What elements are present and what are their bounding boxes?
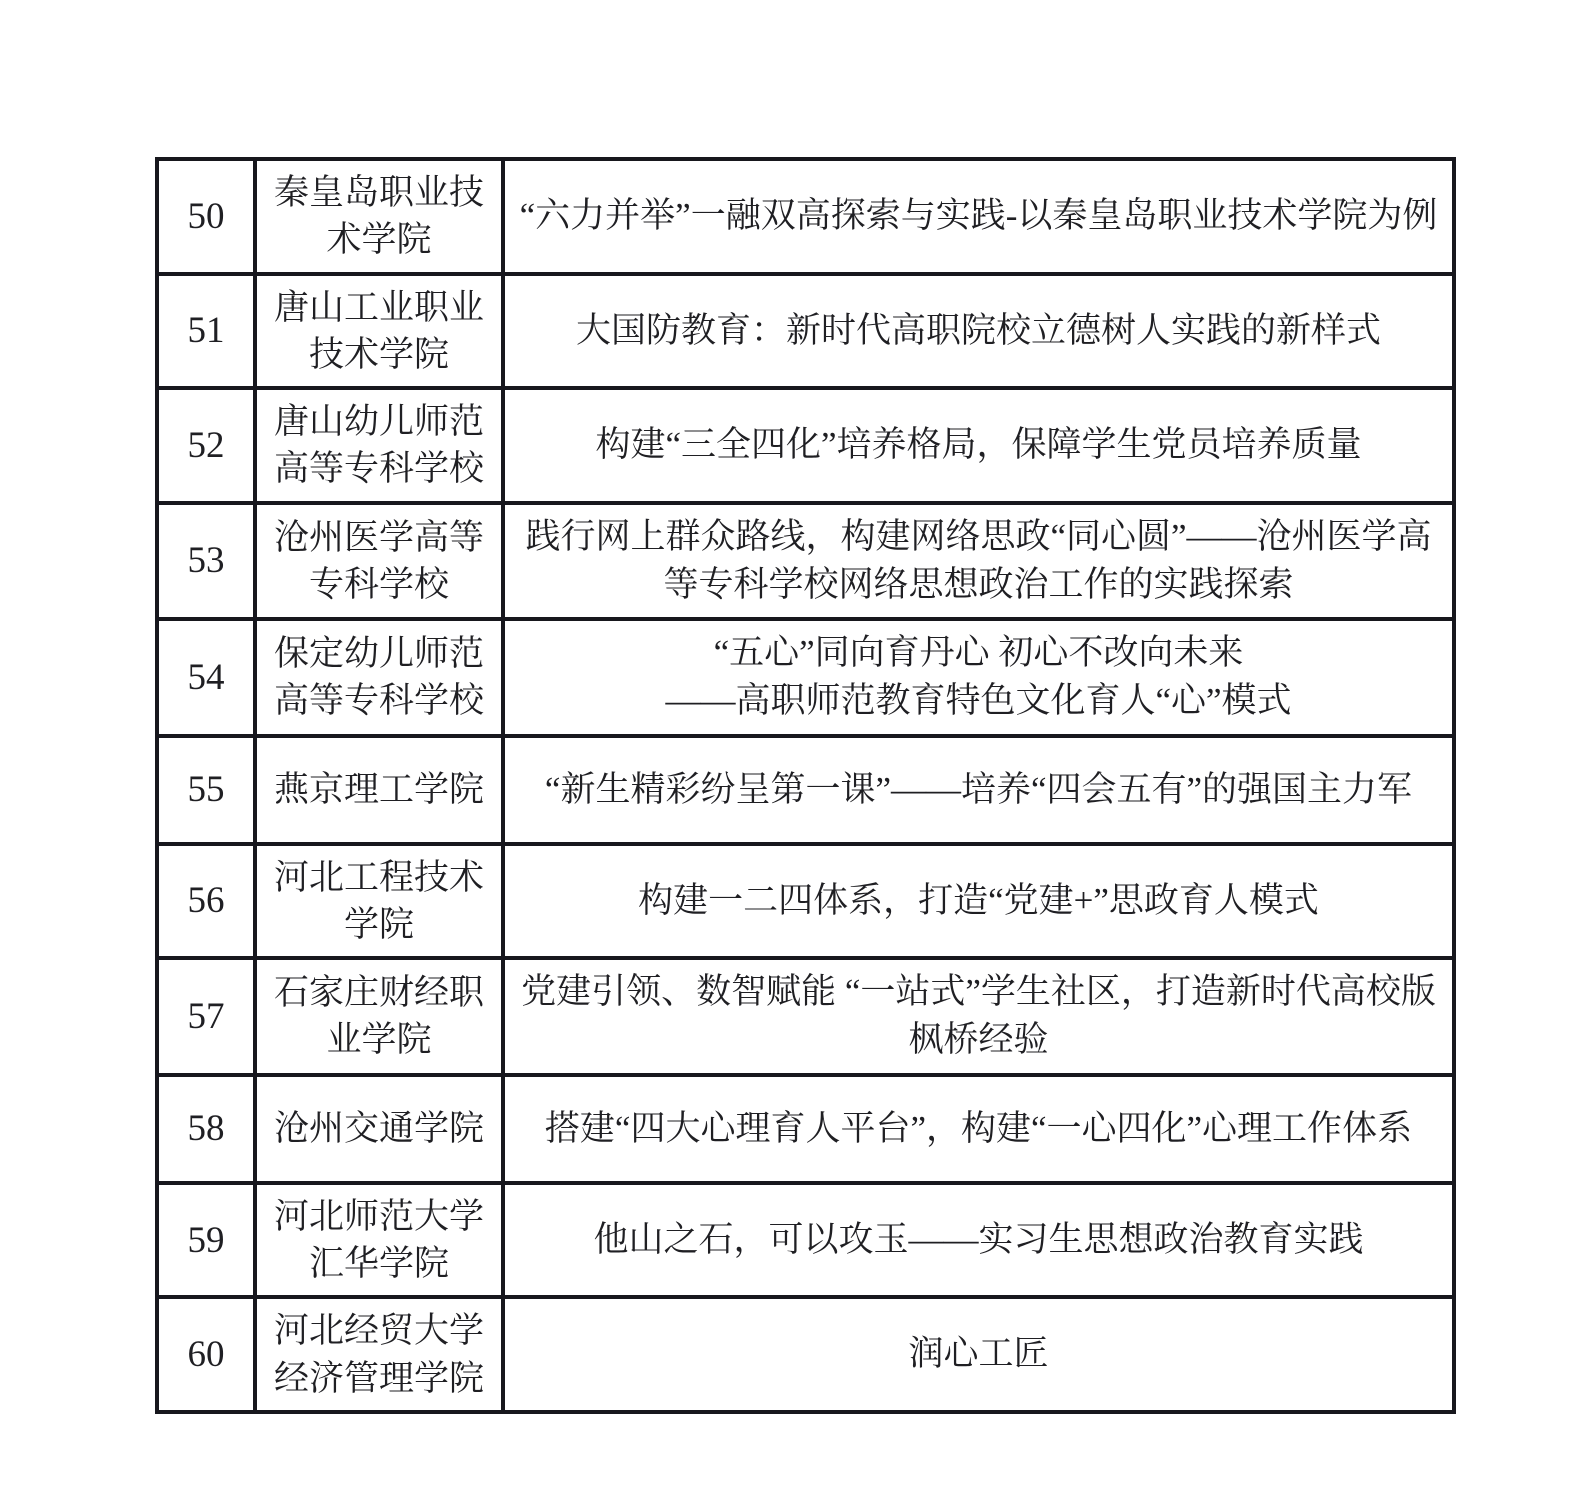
school-name: 保定幼儿师范高等专科学校	[255, 619, 503, 736]
table-row: 55 燕京理工学院 “新生精彩纷呈第一课”——培养“四会五有”的强国主力军	[157, 736, 1454, 844]
table-row: 56 河北工程技术学院 构建一二四体系，打造“党建+”思政育人模式	[157, 844, 1454, 959]
row-number: 58	[157, 1075, 255, 1183]
school-name: 河北经贸大学经济管理学院	[255, 1297, 503, 1412]
row-number: 57	[157, 958, 255, 1075]
project-title: 党建引领、数智赋能 “一站式”学生社区，打造新时代高校版枫桥经验	[503, 958, 1454, 1075]
results-table: 50 秦皇岛职业技术学院 “六力并举”一融双高探索与实践-以秦皇岛职业技术学院为…	[155, 157, 1456, 1414]
school-name: 河北师范大学汇华学院	[255, 1183, 503, 1298]
project-title: 构建“三全四化”培养格局，保障学生党员培养质量	[503, 388, 1454, 503]
project-title: “五心”同向育丹心 初心不改向未来 ——高职师范教育特色文化育人“心”模式	[503, 619, 1454, 736]
project-title: 搭建“四大心理育人平台”，构建“一心四化”心理工作体系	[503, 1075, 1454, 1183]
table-body: 50 秦皇岛职业技术学院 “六力并举”一融双高探索与实践-以秦皇岛职业技术学院为…	[157, 159, 1454, 1412]
school-name: 唐山工业职业技术学院	[255, 274, 503, 389]
school-name: 石家庄财经职业学院	[255, 958, 503, 1075]
row-number: 54	[157, 619, 255, 736]
row-number: 52	[157, 388, 255, 503]
school-name: 秦皇岛职业技术学院	[255, 159, 503, 274]
table-row: 51 唐山工业职业技术学院 大国防教育：新时代高职院校立德树人实践的新样式	[157, 274, 1454, 389]
table-row: 58 沧州交通学院 搭建“四大心理育人平台”，构建“一心四化”心理工作体系	[157, 1075, 1454, 1183]
row-number: 50	[157, 159, 255, 274]
table-row: 54 保定幼儿师范高等专科学校 “五心”同向育丹心 初心不改向未来 ——高职师范…	[157, 619, 1454, 736]
row-number: 60	[157, 1297, 255, 1412]
project-title: 润心工匠	[503, 1297, 1454, 1412]
row-number: 51	[157, 274, 255, 389]
table-row: 52 唐山幼儿师范高等专科学校 构建“三全四化”培养格局，保障学生党员培养质量	[157, 388, 1454, 503]
project-title: 践行网上群众路线，构建网络思政“同心圆”——沧州医学高等专科学校网络思想政治工作…	[503, 503, 1454, 620]
project-title: “新生精彩纷呈第一课”——培养“四会五有”的强国主力军	[503, 736, 1454, 844]
table-row: 59 河北师范大学汇华学院 他山之石，可以攻玉——实习生思想政治教育实践	[157, 1183, 1454, 1298]
school-name: 沧州医学高等专科学校	[255, 503, 503, 620]
document-page: 50 秦皇岛职业技术学院 “六力并举”一融双高探索与实践-以秦皇岛职业技术学院为…	[0, 0, 1596, 1512]
school-name: 唐山幼儿师范高等专科学校	[255, 388, 503, 503]
project-title: 构建一二四体系，打造“党建+”思政育人模式	[503, 844, 1454, 959]
project-title: 大国防教育：新时代高职院校立德树人实践的新样式	[503, 274, 1454, 389]
row-number: 55	[157, 736, 255, 844]
project-title: 他山之石，可以攻玉——实习生思想政治教育实践	[503, 1183, 1454, 1298]
table-row: 57 石家庄财经职业学院 党建引领、数智赋能 “一站式”学生社区，打造新时代高校…	[157, 958, 1454, 1075]
row-number: 53	[157, 503, 255, 620]
table-row: 53 沧州医学高等专科学校 践行网上群众路线，构建网络思政“同心圆”——沧州医学…	[157, 503, 1454, 620]
school-name: 沧州交通学院	[255, 1075, 503, 1183]
row-number: 59	[157, 1183, 255, 1298]
table-row: 50 秦皇岛职业技术学院 “六力并举”一融双高探索与实践-以秦皇岛职业技术学院为…	[157, 159, 1454, 274]
project-title: “六力并举”一融双高探索与实践-以秦皇岛职业技术学院为例	[503, 159, 1454, 274]
school-name: 河北工程技术学院	[255, 844, 503, 959]
row-number: 56	[157, 844, 255, 959]
table-row: 60 河北经贸大学经济管理学院 润心工匠	[157, 1297, 1454, 1412]
school-name: 燕京理工学院	[255, 736, 503, 844]
